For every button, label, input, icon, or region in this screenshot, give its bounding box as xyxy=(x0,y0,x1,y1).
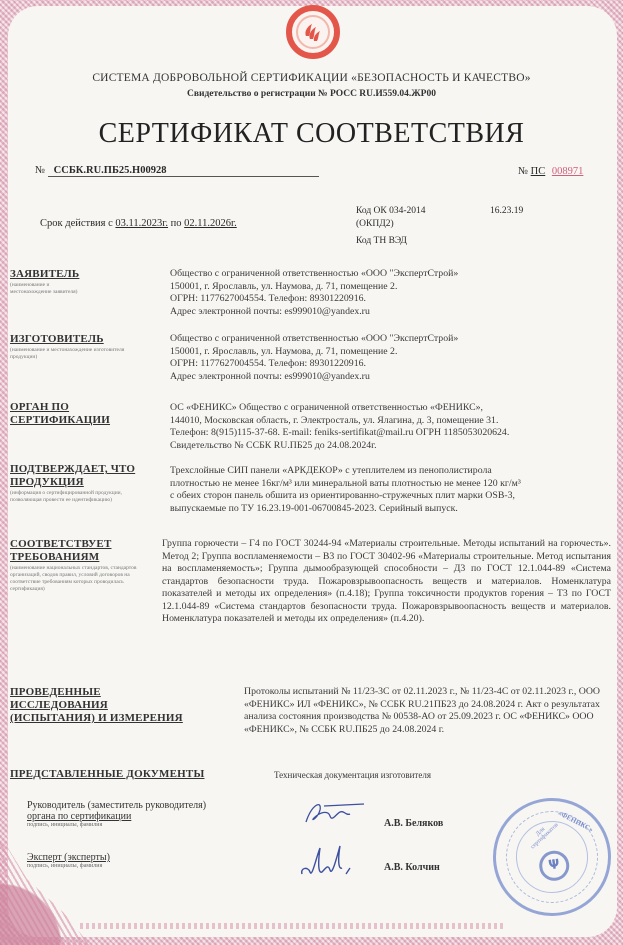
head-body-name: органа по сертификации xyxy=(27,811,206,822)
manufacturer-body: Общество с ограниченной ответственностью… xyxy=(170,333,611,383)
manufacturer-line: Общество с ограниченной ответственностью… xyxy=(170,333,611,346)
system-registration: Свидетельство о регистрации № РОСС RU.И5… xyxy=(0,89,623,99)
certification-body-heading: ОРГАН ПО xyxy=(10,401,160,414)
requirements-body: Группа горючести – Г4 по ГОСТ 30244-94 «… xyxy=(162,538,611,626)
certification-body-heading: СЕРТИФИКАЦИИ xyxy=(10,414,160,427)
validity-label: Срок действия с xyxy=(40,218,113,229)
expert-title: Эксперт (эксперты) xyxy=(27,852,110,863)
documents-heading: ПРЕДСТАВЛЕННЫЕ ДОКУМЕНТЫ xyxy=(10,768,270,781)
tests-label: ПРОВЕДЕННЫЕ ИССЛЕДОВАНИЯ (ИСПЫТАНИЯ) И И… xyxy=(10,686,240,725)
product-subheading: (информация о сертифицированной продукци… xyxy=(10,490,150,504)
manufacturer-line: ОГРН: 1177627004554. Телефон: 8930122091… xyxy=(170,358,611,371)
valid-from: 03.11.2023г. xyxy=(115,218,168,229)
flame-icon xyxy=(302,21,324,43)
applicant-heading: ЗАЯВИТЕЛЬ xyxy=(10,268,160,281)
head-signature-block: Руководитель (заместитель руководителя) … xyxy=(27,800,206,828)
product-body: Трехслойные СИП панели «АРКДЕКОР» с утеп… xyxy=(170,465,611,515)
certification-body-body: ОС «ФЕНИКС» Общество с ограниченной отве… xyxy=(170,402,611,452)
certification-body-label: ОРГАН ПО СЕРТИФИКАЦИИ xyxy=(10,401,160,427)
applicant-email: Адрес электронной почты: es999010@yandex… xyxy=(170,306,611,319)
blank-number: № ПС 008971 xyxy=(518,166,583,177)
documents-body: Техническая документация изготовителя xyxy=(274,769,611,782)
stamp-label: Для сертификатов xyxy=(524,816,561,852)
number-prefix: № xyxy=(35,165,45,176)
certification-body-line: ОС «ФЕНИКС» Общество с ограниченной отве… xyxy=(170,402,611,415)
product-codes: Код ОК 034-2014 (ОКПД2) 16.23.19 Код ТН … xyxy=(356,205,426,248)
requirements-heading: ТРЕБОВАНИЯМ xyxy=(10,551,160,564)
tests-heading: ПРОВЕДЕННЫЕ xyxy=(10,686,240,699)
expert-signature-block: Эксперт (эксперты) подпись, инициалы, фа… xyxy=(27,852,110,869)
manufacturer-heading: ИЗГОТОВИТЕЛЬ xyxy=(10,333,160,346)
certification-body-line: Свидетельство № ССБК RU.ПБ25 до 24.08.20… xyxy=(170,440,611,453)
document-title: СЕРТИФИКАТ СООТВЕТСТВИЯ xyxy=(0,118,623,150)
head-title: Руководитель (заместитель руководителя) xyxy=(27,800,206,811)
head-caption: подпись, инициалы, фамилия xyxy=(27,822,206,828)
certification-body-line: 144010, Московская область, г. Электрост… xyxy=(170,415,611,428)
okpd-value: 16.23.19 xyxy=(490,205,523,218)
stamp-center-emblem-icon: Ψ xyxy=(537,849,571,883)
tests-heading: ИССЛЕДОВАНИЯ xyxy=(10,699,240,712)
product-heading: ПОДТВЕРЖДАЕТ, ЧТО xyxy=(10,463,160,476)
product-line: плотностью не менее 16кг/м³ или минераль… xyxy=(170,478,611,491)
blank-prefix: № xyxy=(518,166,528,177)
product-heading: ПРОДУКЦИЯ xyxy=(10,476,160,489)
expert-signature-icon xyxy=(296,838,366,886)
certification-body-line: Телефон: 8(915)115-37-68. E-mail: feniks… xyxy=(170,427,611,440)
tnved-label: Код ТН ВЭД xyxy=(356,235,426,248)
flame-in-circle-icon xyxy=(286,5,340,59)
head-signature-icon xyxy=(300,796,370,832)
okpd-label-abbr: (ОКПД2) xyxy=(356,218,426,231)
product-line: выпускаемые по ТУ 16.23.19-001-06700845-… xyxy=(170,503,611,516)
validity-to-label: по xyxy=(171,218,182,229)
valid-to: 02.11.2026г. xyxy=(184,218,237,229)
applicant-subheading: (наименование и местонахождение заявител… xyxy=(10,282,85,296)
documents-label: ПРЕДСТАВЛЕННЫЕ ДОКУМЕНТЫ xyxy=(10,768,270,781)
requirements-label: СООТВЕТСТВУЕТ ТРЕБОВАНИЯМ (наименование … xyxy=(10,538,160,593)
certificate-number: № ССБК.RU.ПБ25.Н00928 xyxy=(35,165,319,177)
manufacturer-subheading: (наименование и местонахождение изготови… xyxy=(10,347,130,361)
tests-heading: (ИСПЫТАНИЯ) И ИЗМЕРЕНИЯ xyxy=(10,712,240,725)
seal-stamp-icon: Для сертификатов «ФЕНИКС» Ψ xyxy=(485,790,618,923)
stamp-org: «ФЕНИКС» xyxy=(557,809,595,834)
product-label: ПОДТВЕРЖДАЕТ, ЧТО ПРОДУКЦИЯ (информация … xyxy=(10,463,160,504)
certificate-number-value: ССБК.RU.ПБ25.Н00928 xyxy=(48,165,319,177)
expert-caption: подпись, инициалы, фамилия xyxy=(27,863,110,869)
applicant-line: 150001, г. Ярославль, ул. Наумова, д. 71… xyxy=(170,281,611,294)
head-name: А.В. Беляков xyxy=(384,818,443,829)
manufacturer-line: 150001, г. Ярославль, ул. Наумова, д. 71… xyxy=(170,346,611,359)
manufacturer-email: Адрес электронной почты: es999010@yandex… xyxy=(170,371,611,384)
expert-name: А.В. Колчин xyxy=(384,862,440,873)
requirements-subheading: (наименование национальных стандартов, с… xyxy=(10,565,150,593)
certificate-content: СИСТЕМА ДОБРОВОЛЬНОЙ СЕРТИФИКАЦИИ «БЕЗОП… xyxy=(0,0,623,945)
applicant-label: ЗАЯВИТЕЛЬ (наименование и местонахождени… xyxy=(10,268,160,296)
manufacturer-label: ИЗГОТОВИТЕЛЬ (наименование и местонахожд… xyxy=(10,333,160,361)
applicant-body: Общество с ограниченной ответственностью… xyxy=(170,268,611,318)
product-line: с обеих сторон панель обшита из ориентир… xyxy=(170,490,611,503)
okpd-label: Код ОК 034-2014 xyxy=(356,205,426,218)
applicant-line: ОГРН: 1177627004554. Телефон: 8930122091… xyxy=(170,293,611,306)
product-line: Трехслойные СИП панели «АРКДЕКОР» с утеп… xyxy=(170,465,611,478)
blank-number-value: 008971 xyxy=(552,166,584,177)
blank-series: ПС xyxy=(531,166,546,177)
requirements-heading: СООТВЕТСТВУЕТ xyxy=(10,538,160,551)
applicant-line: Общество с ограниченной ответственностью… xyxy=(170,268,611,281)
validity-period: Срок действия с 03.11.2023г. по 02.11.20… xyxy=(40,218,237,229)
tests-body: Протоколы испытаний № 11/23-3С от 02.11.… xyxy=(244,686,611,736)
system-title: СИСТЕМА ДОБРОВОЛЬНОЙ СЕРТИФИКАЦИИ «БЕЗОП… xyxy=(0,72,623,84)
